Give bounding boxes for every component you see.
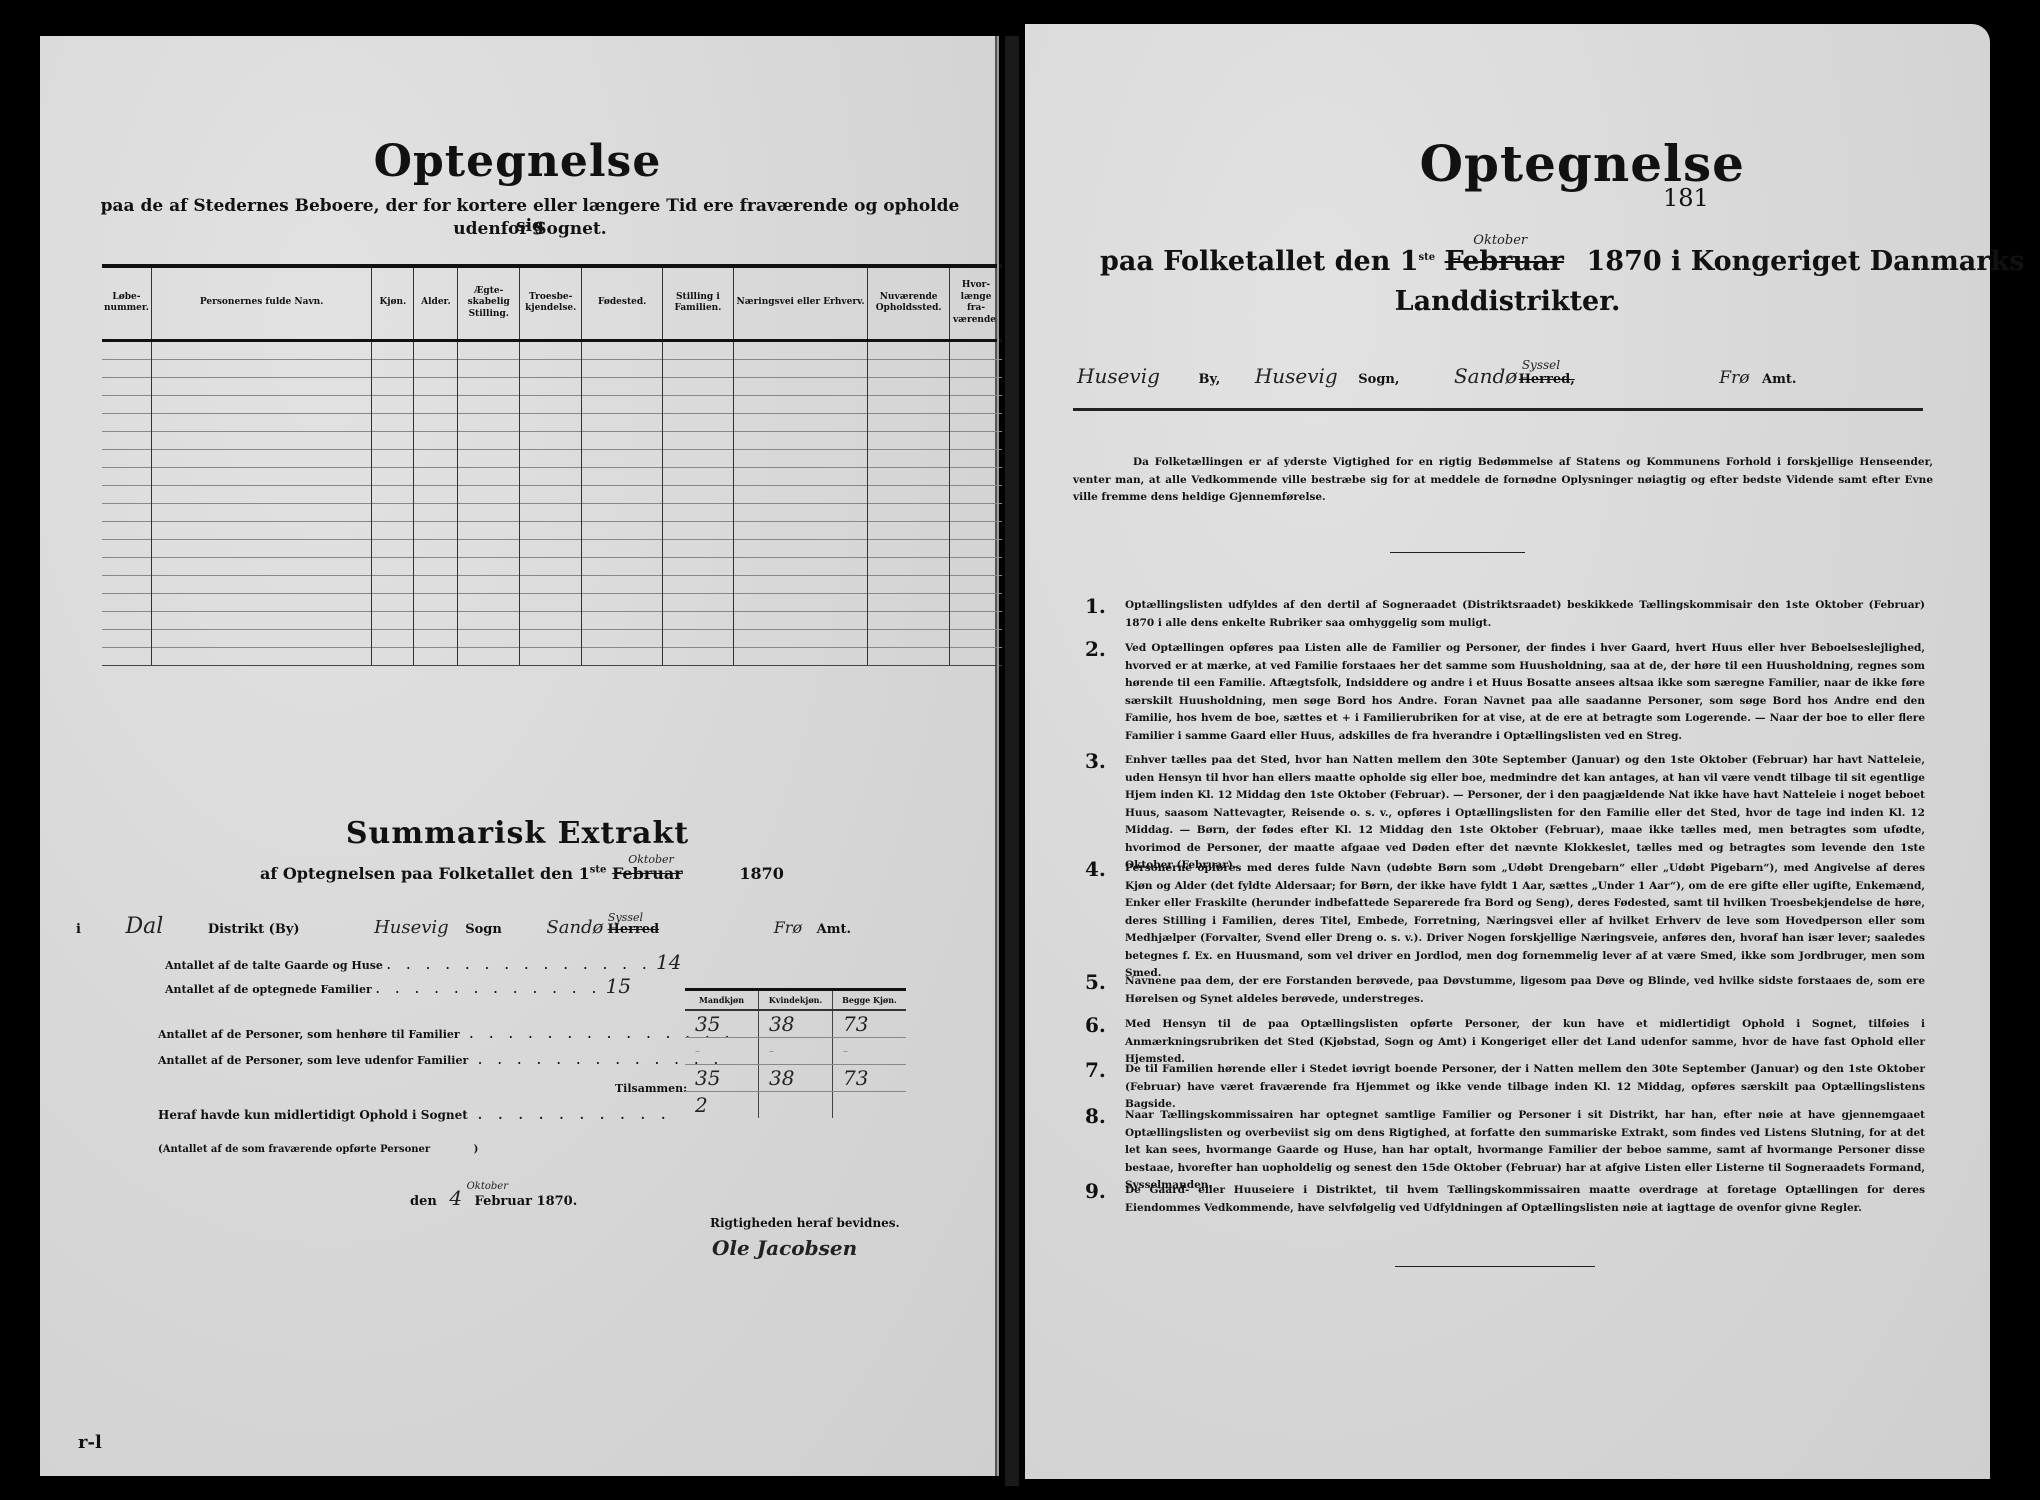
table-cell [733,359,867,377]
instruction-text: Optællingslisten udfyldes af den dertil … [1125,597,1925,632]
table-cell [520,629,582,647]
table-cell [950,377,1002,395]
summary-subtitle-hand-month: Oktober [628,853,674,866]
count-cell: 38 [759,1010,833,1038]
page-fold [997,36,999,1476]
table-cell [151,647,371,665]
table-cell [520,359,582,377]
table-cell [662,521,733,539]
table-cell [950,611,1002,629]
farms-value: 14 [656,950,681,974]
table-cell [662,359,733,377]
table-cell [102,395,151,413]
header-male: Mandkjøn [685,990,759,1011]
table-cell [372,647,414,665]
table-row [102,485,1002,503]
instruction-number: 2. [1085,637,1106,661]
intro-rule [1390,552,1525,553]
table-cell [372,467,414,485]
table-cell [102,539,151,557]
sogn-handwritten: Husevig [1255,364,1338,388]
table-cell [733,467,867,485]
table-cell [662,467,733,485]
table-cell [662,377,733,395]
table-row [102,467,1002,485]
instruction-item: 7. De til Familien hørende eller i Stede… [1085,1061,1925,1114]
table-row [102,377,1002,395]
table-cell [151,539,371,557]
instruction-number: 5. [1085,970,1106,994]
table-cell [102,467,151,485]
table-cell [868,593,950,611]
count-row-3-label: Tilsammen: [615,1082,687,1095]
table-cell [868,467,950,485]
table-row [102,647,1002,665]
count-cell: 2 [685,1092,759,1119]
table-row [102,593,1002,611]
col-marital: Ægte-skabelig Stilling. [458,266,520,340]
table-cell [372,611,414,629]
table-cell [950,431,1002,449]
table-cell [868,431,950,449]
table-cell [458,521,520,539]
footer-rule [1395,1266,1595,1267]
table-cell [868,629,950,647]
table-cell [458,413,520,431]
table-cell [520,377,582,395]
table-cell [582,629,662,647]
table-cell [662,485,733,503]
table-cell [458,647,520,665]
table-cell [582,503,662,521]
table-cell [582,557,662,575]
table-cell [868,611,950,629]
table-cell [414,485,458,503]
date-struck-month: Februar [475,1194,532,1209]
families-label: Antallet af de optegnede Familier [165,983,372,996]
table-cell [868,485,950,503]
table-cell [458,575,520,593]
table-cell [372,557,414,575]
table-cell [458,539,520,557]
table-cell [582,485,662,503]
table-cell [102,503,151,521]
amt-label: Amt. [817,922,851,937]
parish-label: Sogn [465,922,502,937]
right-location-line: Husevig By, Husevig Sogn, Sandø Syssel H… [1077,364,1796,388]
col-absence-duration: Hvor-længe fra-værende. [950,266,1002,340]
count-row-4-label: Heraf havde kun midlertidigt Ophold i So… [158,1108,468,1122]
table-cell [868,521,950,539]
table-cell [662,340,733,359]
table-cell [582,340,662,359]
table-cell [662,611,733,629]
subtitle-prefix: paa Folketallet den 1 [1100,246,1419,277]
table-cell [868,359,950,377]
table-cell [151,593,371,611]
table-cell [151,413,371,431]
summary-subtitle-sup: ste [590,865,607,876]
table-cell [414,340,458,359]
instruction-number: 6. [1085,1013,1106,1037]
table-cell [458,503,520,521]
summary-subtitle: af Optegnelsen paa Folketallet den 1ste … [260,864,784,883]
table-cell [733,413,867,431]
table-cell [102,521,151,539]
table-cell [868,395,950,413]
instruction-number: 8. [1085,1104,1106,1128]
absent-note: (Antallet af de som fraværende opførte P… [158,1144,478,1155]
absentees-table: Løbe-nummer. Personernes fulde Navn. Kjø… [102,264,1002,666]
table-row [102,449,1002,467]
table-cell [582,467,662,485]
table-cell [520,503,582,521]
table-cell [733,593,867,611]
col-age: Alder. [414,266,458,340]
table-cell [868,503,950,521]
table-cell [102,629,151,647]
table-cell [582,575,662,593]
by-handwritten: Husevig [1077,364,1160,388]
table-cell [950,467,1002,485]
summary-line-families: Antallet af de optegnede Familier . . . … [165,974,631,998]
table-cell [733,539,867,557]
header-both: Begge Kjøn. [833,990,907,1011]
table-cell [582,521,662,539]
date-year: 1870. [537,1194,578,1209]
table-cell [520,575,582,593]
table-cell [151,431,371,449]
table-cell [151,557,371,575]
instruction-text: Personerne opføres med deres fulde Navn … [1125,860,1925,983]
table-cell [662,593,733,611]
table-cell [520,647,582,665]
table-cell [662,539,733,557]
instruction-text: Ved Optællingen opføres paa Listen alle … [1125,640,1925,745]
table-cell [458,629,520,647]
table-cell [950,593,1002,611]
table-cell [372,395,414,413]
corner-mark: r-l [78,1432,102,1453]
count-row-label-1: Antallet af de Personer, som henhøre til… [158,1028,735,1041]
table-cell [520,593,582,611]
count-cell: – [759,1038,833,1065]
table-cell [868,557,950,575]
table-cell [520,449,582,467]
table-cell [372,593,414,611]
table-cell [414,521,458,539]
table-cell [733,431,867,449]
header-female: Kvindekjøn. [759,990,833,1011]
count-row-label-3: Tilsammen: [615,1082,687,1095]
summary-location-line: i Dal Distrikt (By) Husevig Sogn Sandø S… [76,914,851,939]
table-cell [102,557,151,575]
col-occupation: Næringsvei eller Erhverv. [733,266,867,340]
count-row-label-2: Antallet af de Personer, som leve udenfo… [158,1054,724,1067]
table-cell [520,467,582,485]
count-row: 35 38 73 [685,1065,906,1092]
table-cell [151,503,371,521]
table-cell [414,359,458,377]
table-cell [458,557,520,575]
header-rule [1073,408,1923,411]
herred-handwritten: Sandø [546,917,603,938]
location-prefix: i [76,922,81,937]
right-page-subtitle: paa Folketallet den 1ste Februar Oktober… [1100,246,2024,277]
table-cell [950,340,1002,359]
table-cell [102,593,151,611]
table-cell [102,359,151,377]
table-cell [102,575,151,593]
instruction-item: 1. Optællingslisten udfyldes af den dert… [1085,597,1925,632]
instruction-item: 4. Personerne opføres med deres fulde Na… [1085,860,1925,983]
col-birthplace: Fødested. [582,266,662,340]
instruction-text: De til Familien hørende eller i Stedet i… [1125,1061,1925,1114]
table-cell [372,340,414,359]
table-cell [151,449,371,467]
subtitle-hand-month: Oktober [1473,233,1527,248]
table-row [102,557,1002,575]
table-cell [733,629,867,647]
table-cell [458,377,520,395]
right-page-title: Optegnelse [1025,134,1745,193]
table-cell [102,340,151,359]
table-cell [662,449,733,467]
table-cell [414,539,458,557]
table-cell [520,431,582,449]
signature: Ole Jacobsen [712,1236,857,1260]
count-cell: – [685,1038,759,1065]
by-label: By, [1198,372,1220,387]
table-cell [662,503,733,521]
left-page-subtitle-2: udenfor Sognet. [100,219,960,239]
table-cell [414,557,458,575]
herred-handwritten-over: Syssel [608,911,643,924]
table-cell [372,413,414,431]
instruction-text: De Gaard- eller Huuseiere i Distriktet, … [1125,1182,1925,1217]
table-cell [662,647,733,665]
table-cell [733,521,867,539]
table-cell [950,395,1002,413]
table-cell [520,539,582,557]
count-row: 35 38 73 [685,1010,906,1038]
table-row [102,539,1002,557]
table-cell [733,647,867,665]
count-row-1-label: Antallet af de Personer, som henhøre til… [158,1028,460,1041]
table-cell [582,647,662,665]
table-cell [520,521,582,539]
table-cell [414,593,458,611]
instruction-item: 5. Navnene paa dem, der ere Forstanden b… [1085,973,1925,1008]
instruction-text: Navnene paa dem, der ere Forstanden berø… [1125,973,1925,1008]
table-cell [151,575,371,593]
parish-handwritten: Husevig [374,917,449,938]
families-value: 15 [606,974,631,998]
table-cell [582,431,662,449]
count-cell [759,1092,833,1119]
table-cell [582,593,662,611]
table-row [102,521,1002,539]
table-cell [151,359,371,377]
summary-subtitle-year: 1870 [739,864,784,883]
attest-text: Rigtigheden heraf bevidnes. [710,1216,900,1230]
table-cell [151,340,371,359]
district-label: Distrikt (By) [208,922,300,937]
page-number: 181 [1663,184,1709,212]
table-cell [372,503,414,521]
table-cell [372,521,414,539]
count-row: 2 [685,1092,906,1119]
count-cell: – [833,1038,907,1065]
table-cell [868,413,950,431]
left-page-title: Optegnelse [40,136,995,187]
table-cell [372,485,414,503]
col-current-residence: Nuværende Opholdssted. [868,266,950,340]
table-cell [414,575,458,593]
table-cell [151,611,371,629]
herred-struck-label: Herred, [1519,372,1575,387]
table-cell [950,539,1002,557]
table-cell [372,539,414,557]
table-cell [582,539,662,557]
table-cell [151,629,371,647]
table-row [102,395,1002,413]
farms-label: Antallet af de talte Gaarde og Huse [165,959,383,972]
table-cell [520,557,582,575]
instruction-text: Enhver tælles paa det Sted, hvor han Nat… [1125,752,1925,875]
absent-note-text: (Antallet af de som fraværende opførte P… [158,1144,430,1155]
table-cell [102,611,151,629]
table-cell [733,340,867,359]
instruction-number: 3. [1085,749,1106,773]
count-row: – – – [685,1038,906,1065]
count-row-label-4: Heraf havde kun midlertidigt Ophold i So… [158,1108,671,1122]
table-cell [520,485,582,503]
table-cell [151,377,371,395]
left-page: Optegnelse paa de af Stedernes Beboere, … [40,36,997,1476]
table-cell [151,467,371,485]
intro-paragraph: Da Folketællingen er af yderste Vigtighe… [1073,454,1933,507]
instruction-item: 3. Enhver tælles paa det Sted, hvor han … [1085,752,1925,875]
table-row [102,340,1002,359]
instruction-number: 1. [1085,594,1106,618]
subtitle-struck-month: Februar [1445,246,1564,277]
table-cell [414,647,458,665]
table-cell [151,485,371,503]
table-cell [950,503,1002,521]
table-row [102,503,1002,521]
table-cell [582,395,662,413]
col-religion: Troesbe-kjendelse. [520,266,582,340]
instruction-item: 9. De Gaard- eller Huuseiere i Distrikte… [1085,1182,1925,1217]
table-cell [662,575,733,593]
table-cell [102,413,151,431]
table-cell [582,359,662,377]
table-cell [950,413,1002,431]
book-spine [1005,36,1019,1486]
table-cell [950,485,1002,503]
count-cell: 73 [833,1010,907,1038]
table-cell [414,377,458,395]
count-cell: 35 [685,1065,759,1092]
count-cell: 73 [833,1065,907,1092]
table-cell [151,395,371,413]
table-cell [950,449,1002,467]
table-cell [458,485,520,503]
col-family-position: Stilling i Familien. [662,266,733,340]
table-cell [458,611,520,629]
table-cell [950,575,1002,593]
table-cell [868,647,950,665]
table-cell [868,449,950,467]
col-name: Personernes fulde Navn. [151,266,371,340]
table-cell [733,395,867,413]
table-cell [414,449,458,467]
table-cell [950,629,1002,647]
table-cell [950,521,1002,539]
herred-handwritten: Sandø [1454,364,1517,388]
table-cell [372,359,414,377]
table-cell [662,557,733,575]
table-cell [733,557,867,575]
herred-handwritten-over: Syssel [1522,358,1560,372]
amt-handwritten: Frø [774,918,802,937]
table-cell [582,413,662,431]
summary-line-farms: Antallet af de talte Gaarde og Huse . . … [165,950,681,974]
table-row [102,413,1002,431]
table-cell [520,395,582,413]
table-cell [868,340,950,359]
table-cell [414,611,458,629]
table-cell [458,431,520,449]
count-cell: 35 [685,1010,759,1038]
table-cell [414,467,458,485]
district-handwritten: Dal [125,914,163,939]
table-cell [582,611,662,629]
table-cell [733,503,867,521]
table-row [102,611,1002,629]
table-cell [458,395,520,413]
table-cell [372,629,414,647]
table-cell [458,593,520,611]
summary-title: Summarisk Extrakt [40,816,995,851]
table-cell [102,485,151,503]
subtitle-suffix: 1870 i Kongeriget Danmarks [1587,246,2025,277]
table-cell [414,629,458,647]
summary-counts-table: Mandkjøn Kvindekjøn. Begge Kjøn. 35 38 7… [685,988,906,1118]
table-cell [520,611,582,629]
table-row [102,629,1002,647]
table-cell [950,359,1002,377]
instruction-item: 2. Ved Optællingen opføres paa Listen al… [1085,640,1925,745]
table-cell [102,431,151,449]
absent-note-close: ) [474,1144,479,1155]
table-cell [458,449,520,467]
table-cell [458,340,520,359]
subtitle-sup: ste [1419,252,1436,263]
instruction-number: 9. [1085,1179,1106,1203]
table-cell [102,647,151,665]
amt-handwritten: Frø [1719,368,1749,388]
table-cell [662,413,733,431]
summary-date: den 4 Oktober Februar 1870. [410,1186,577,1210]
table-cell [520,340,582,359]
date-hand-month: Oktober [467,1181,508,1192]
table-cell [582,449,662,467]
table-cell [733,575,867,593]
table-cell [372,431,414,449]
date-prefix: den [410,1194,437,1209]
